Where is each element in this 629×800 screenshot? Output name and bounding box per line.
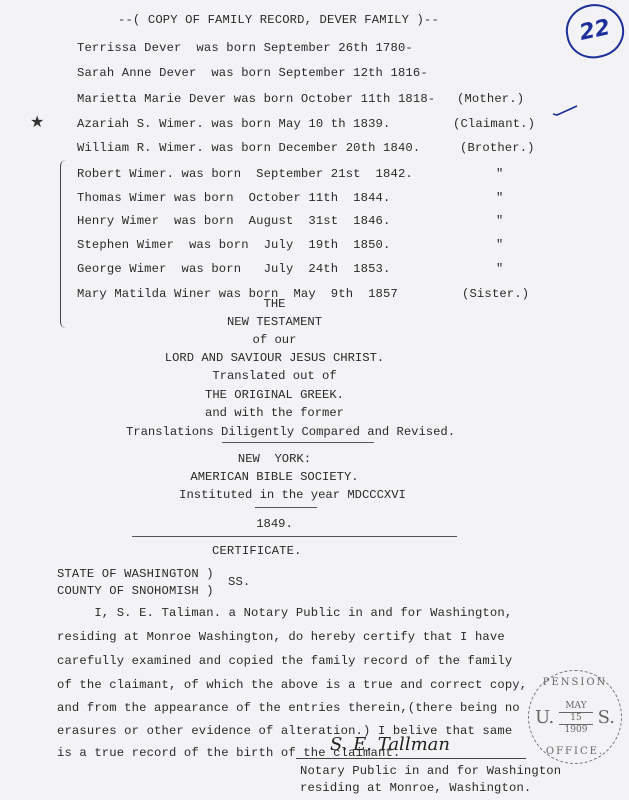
stamp-left-text: U. <box>535 707 554 728</box>
record-line: Terrissa Dever was born September 26th 1… <box>77 41 413 55</box>
bible-title-line: THE <box>0 297 589 311</box>
bible-title-line: of our <box>0 333 589 347</box>
stamp-bottom-text: OFFICE. <box>529 746 621 757</box>
claimant-mark-icon: ★ <box>30 112 44 131</box>
notary-signature: S. E. Tallman <box>330 734 450 755</box>
record-relation: " <box>496 191 503 205</box>
record-line: Robert Wimer. was born September 21st 18… <box>77 167 413 181</box>
signature-line <box>296 758 526 759</box>
publication-year: 1849. <box>0 517 589 531</box>
record-relation: " <box>496 238 503 252</box>
record-relation: (Mother.) <box>457 92 524 106</box>
certificate-ss: SS. <box>228 575 250 589</box>
publisher-line: Instituted in the year MDCCCXVI <box>0 488 607 502</box>
bible-title-line: THE ORIGINAL GREEK. <box>0 388 589 402</box>
certificate-body-line: I, S. E. Taliman. a Notary Public in and… <box>57 606 512 620</box>
certificate-body-line: carefully examined and copied the family… <box>57 654 512 668</box>
publisher-line: NEW YORK: <box>0 452 589 466</box>
stamp-right-text: S. <box>598 707 615 728</box>
signer-title-line: residing at Monroe, Washington. <box>300 781 531 795</box>
certificate-body-line: and from the appearance of the entries t… <box>57 701 520 715</box>
record-relation: (Brother.) <box>460 141 535 155</box>
certificate-body-line: of the claimant, of which the above is a… <box>57 678 527 692</box>
certificate-heading: CERTIFICATE. <box>212 544 302 558</box>
divider <box>132 536 457 537</box>
bible-title-line: and with the former <box>0 406 589 420</box>
record-line: Marietta Marie Dever was born October 11… <box>77 92 435 106</box>
record-line: William R. Wimer. was born December 20th… <box>77 141 420 155</box>
page-number-annotation: 22 <box>561 0 629 63</box>
record-line: Sarah Anne Dever was born September 12th… <box>77 66 428 80</box>
record-relation: (Claimant.) <box>453 117 535 131</box>
bible-title-line: Translations Diligently Compared and Rev… <box>0 425 605 439</box>
bible-title-line: NEW TESTAMENT <box>0 315 589 329</box>
record-line: Thomas Wimer was born October 11th 1844. <box>77 191 390 205</box>
document-title: --( COPY OF FAMILY RECORD, DEVER FAMILY … <box>118 13 439 27</box>
certificate-state: STATE OF WASHINGTON ) <box>57 567 214 581</box>
signer-title-line: Notary Public in and for Washington <box>300 764 561 778</box>
stamp-date: MAY 15 1909 <box>559 701 593 736</box>
record-relation: " <box>496 214 503 228</box>
record-line: George Wimer was born July 24th 1853. <box>77 262 390 276</box>
checkmark-icon <box>552 104 578 116</box>
stamp-year: 1909 <box>559 725 593 736</box>
certificate-county: COUNTY OF SNOHOMISH ) <box>57 584 214 598</box>
stamp-day: 15 <box>559 713 593 725</box>
certificate-body-line: residing at Monroe Washington, do hereby… <box>57 630 505 644</box>
bible-title-line: Translated out of <box>0 369 589 383</box>
bible-title-line: LORD AND SAVIOUR JESUS CHRIST. <box>0 351 589 365</box>
record-line: Azariah S. Wimer. was born May 10 th 183… <box>77 117 390 131</box>
record-relation: " <box>496 262 503 276</box>
stamp-month: MAY <box>559 701 593 713</box>
stamp-top-text: PENSION <box>529 677 621 688</box>
record-line: Stephen Wimer was born July 19th 1850. <box>77 238 390 252</box>
divider <box>222 442 374 443</box>
publisher-line: AMERICAN BIBLE SOCIETY. <box>0 470 589 484</box>
record-relation: " <box>496 167 503 181</box>
record-line: Henry Wimer was born August 31st 1846. <box>77 214 390 228</box>
pension-office-stamp: PENSION U. S. MAY 15 1909 OFFICE. <box>528 670 622 764</box>
divider <box>255 507 317 508</box>
document-page: --( COPY OF FAMILY RECORD, DEVER FAMILY … <box>0 0 629 800</box>
